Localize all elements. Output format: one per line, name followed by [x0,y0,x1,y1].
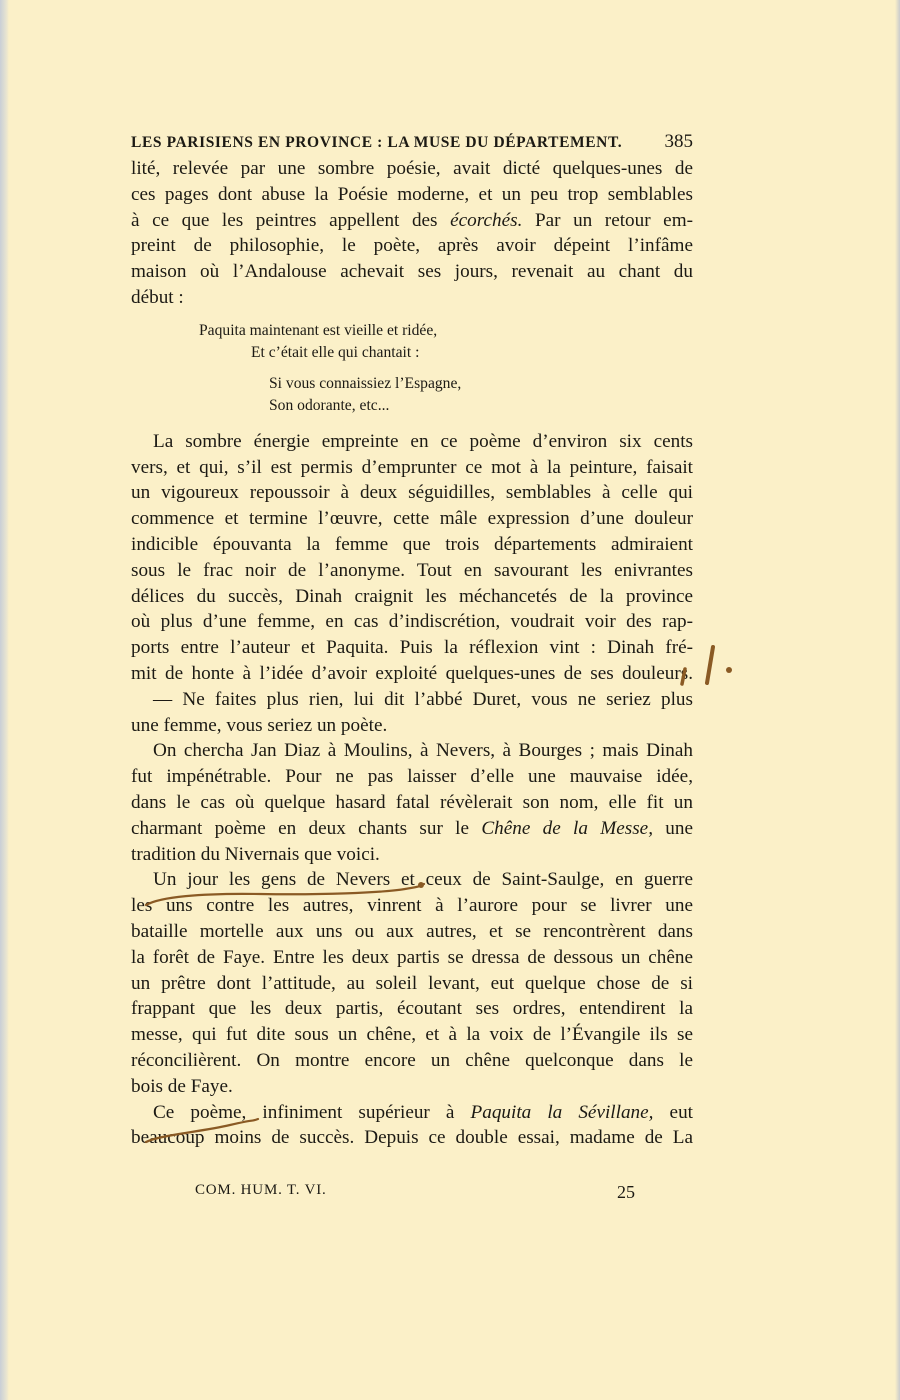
text-line: une femme, vous seriez un poète. [131,713,693,739]
text-line: bataille mortelle aux uns ou aux autres,… [131,919,693,945]
text-line: délices du succès, Dinah craignit les mé… [131,584,693,610]
verse-quotation: Paquita maintenant est vieille et ridée,… [131,320,693,417]
verse-line: Et c’était elle qui chantait : [131,342,693,364]
italic-title: Paquita la Sévillane, [471,1102,654,1123]
page-footer: COM. HUM. T. VI. 25 [195,1182,635,1203]
text-span: à ce que les peintres appellent des [131,210,438,231]
page-number: 385 [665,130,694,154]
book-page: LES PARISIENS EN PROVINCE : LA MUSE DU D… [131,130,693,1151]
text-span: Par un retour em- [535,210,693,231]
text-line: La sombre énergie empreinte en ce poème … [131,429,693,455]
running-head: LES PARISIENS EN PROVINCE : LA MUSE DU D… [131,130,693,154]
text-line: Ce poème, infiniment supérieur à Paquita… [131,1100,693,1126]
scan-edge-left [0,0,9,1400]
ink-margin-bar [707,647,713,683]
text-span: charmant poème en deux chants sur le [131,818,469,839]
paragraph-3: — Ne faites plus rien, lui dit l’abbé Du… [131,687,693,739]
text-line: les uns contre les autres, vinrent à l’a… [131,893,693,919]
text-line: beaucoup moins de succès. Depuis ce doub… [131,1125,693,1151]
text-line: tradition du Nivernais que voici. [131,842,693,868]
paragraph-2: La sombre énergie empreinte en ce poème … [131,429,693,687]
text-line: à ce que les peintres appellent des écor… [131,208,693,234]
volume-signature: COM. HUM. T. VI. [195,1182,327,1203]
italic-title: Chêne de la Messe, [481,818,653,839]
paragraph-1: lité, relevée par une sombre poésie, ava… [131,156,693,311]
italic-term: écorchés. [450,210,522,231]
text-line: vers, et qui, s’il est permis d’emprunte… [131,455,693,481]
paragraph-4: On chercha Jan Diaz à Moulins, à Nevers,… [131,738,693,867]
text-line: où plus d’une femme, en cas d’indiscréti… [131,609,693,635]
text-line: mit de honte à l’idée d’avoir exploité q… [131,661,693,687]
text-line: messe, qui fut dite sous un chêne, et à … [131,1022,693,1048]
text-line: maison où l’Andalouse achevait ses jours… [131,259,693,285]
text-line: ports entre l’auteur et Paquita. Puis la… [131,635,693,661]
ink-margin-dot [726,667,732,673]
text-line: la forêt de Faye. Entre les deux partis … [131,945,693,971]
text-line: lité, relevée par une sombre poésie, ava… [131,156,693,182]
text-line: dans le cas où quelque hasard fatal révè… [131,790,693,816]
verse-line: Son odorante, etc... [131,395,693,417]
text-line: charmant poème en deux chants sur le Chê… [131,816,693,842]
text-line: fut impénétrable. Pour ne pas laisser d’… [131,764,693,790]
text-line: indicible épouvanta la femme que trois d… [131,532,693,558]
text-line: un prêtre dont l’attitude, au soleil lev… [131,971,693,997]
paragraph-5: Un jour les gens de Nevers et ceux de Sa… [131,867,693,1099]
verse-line: Paquita maintenant est vieille et ridée, [131,320,693,342]
paragraph-6: Ce poème, infiniment supérieur à Paquita… [131,1100,693,1152]
text-line: frappant que les deux partis, écoutant s… [131,996,693,1022]
gathering-signature: 25 [617,1182,635,1203]
text-line: preint de philosophie, le poète, après a… [131,233,693,259]
text-span: Ce poème, infiniment supérieur à [153,1102,454,1123]
running-head-title: LES PARISIENS EN PROVINCE : LA MUSE DU D… [131,131,622,155]
text-line: bois de Faye. [131,1074,693,1100]
text-span: une [665,818,693,839]
text-line: Un jour les gens de Nevers et ceux de Sa… [131,867,693,893]
scan-edge-right [895,0,900,1400]
text-line: réconcilièrent. On montre encore un chên… [131,1048,693,1074]
text-line: commence et termine l’œuvre, cette mâle … [131,506,693,532]
text-line: un vigoureux repoussoir à deux séguidill… [131,480,693,506]
text-line: sous le frac noir de l’anonyme. Tout en … [131,558,693,584]
text-span: eut [670,1102,693,1123]
verse-line: Si vous connaissiez l’Espagne, [131,373,693,395]
text-line: — Ne faites plus rien, lui dit l’abbé Du… [131,687,693,713]
text-line: ces pages dont abuse la Poésie moderne, … [131,182,693,208]
text-line: On chercha Jan Diaz à Moulins, à Nevers,… [131,738,693,764]
text-line: début : [131,285,693,311]
